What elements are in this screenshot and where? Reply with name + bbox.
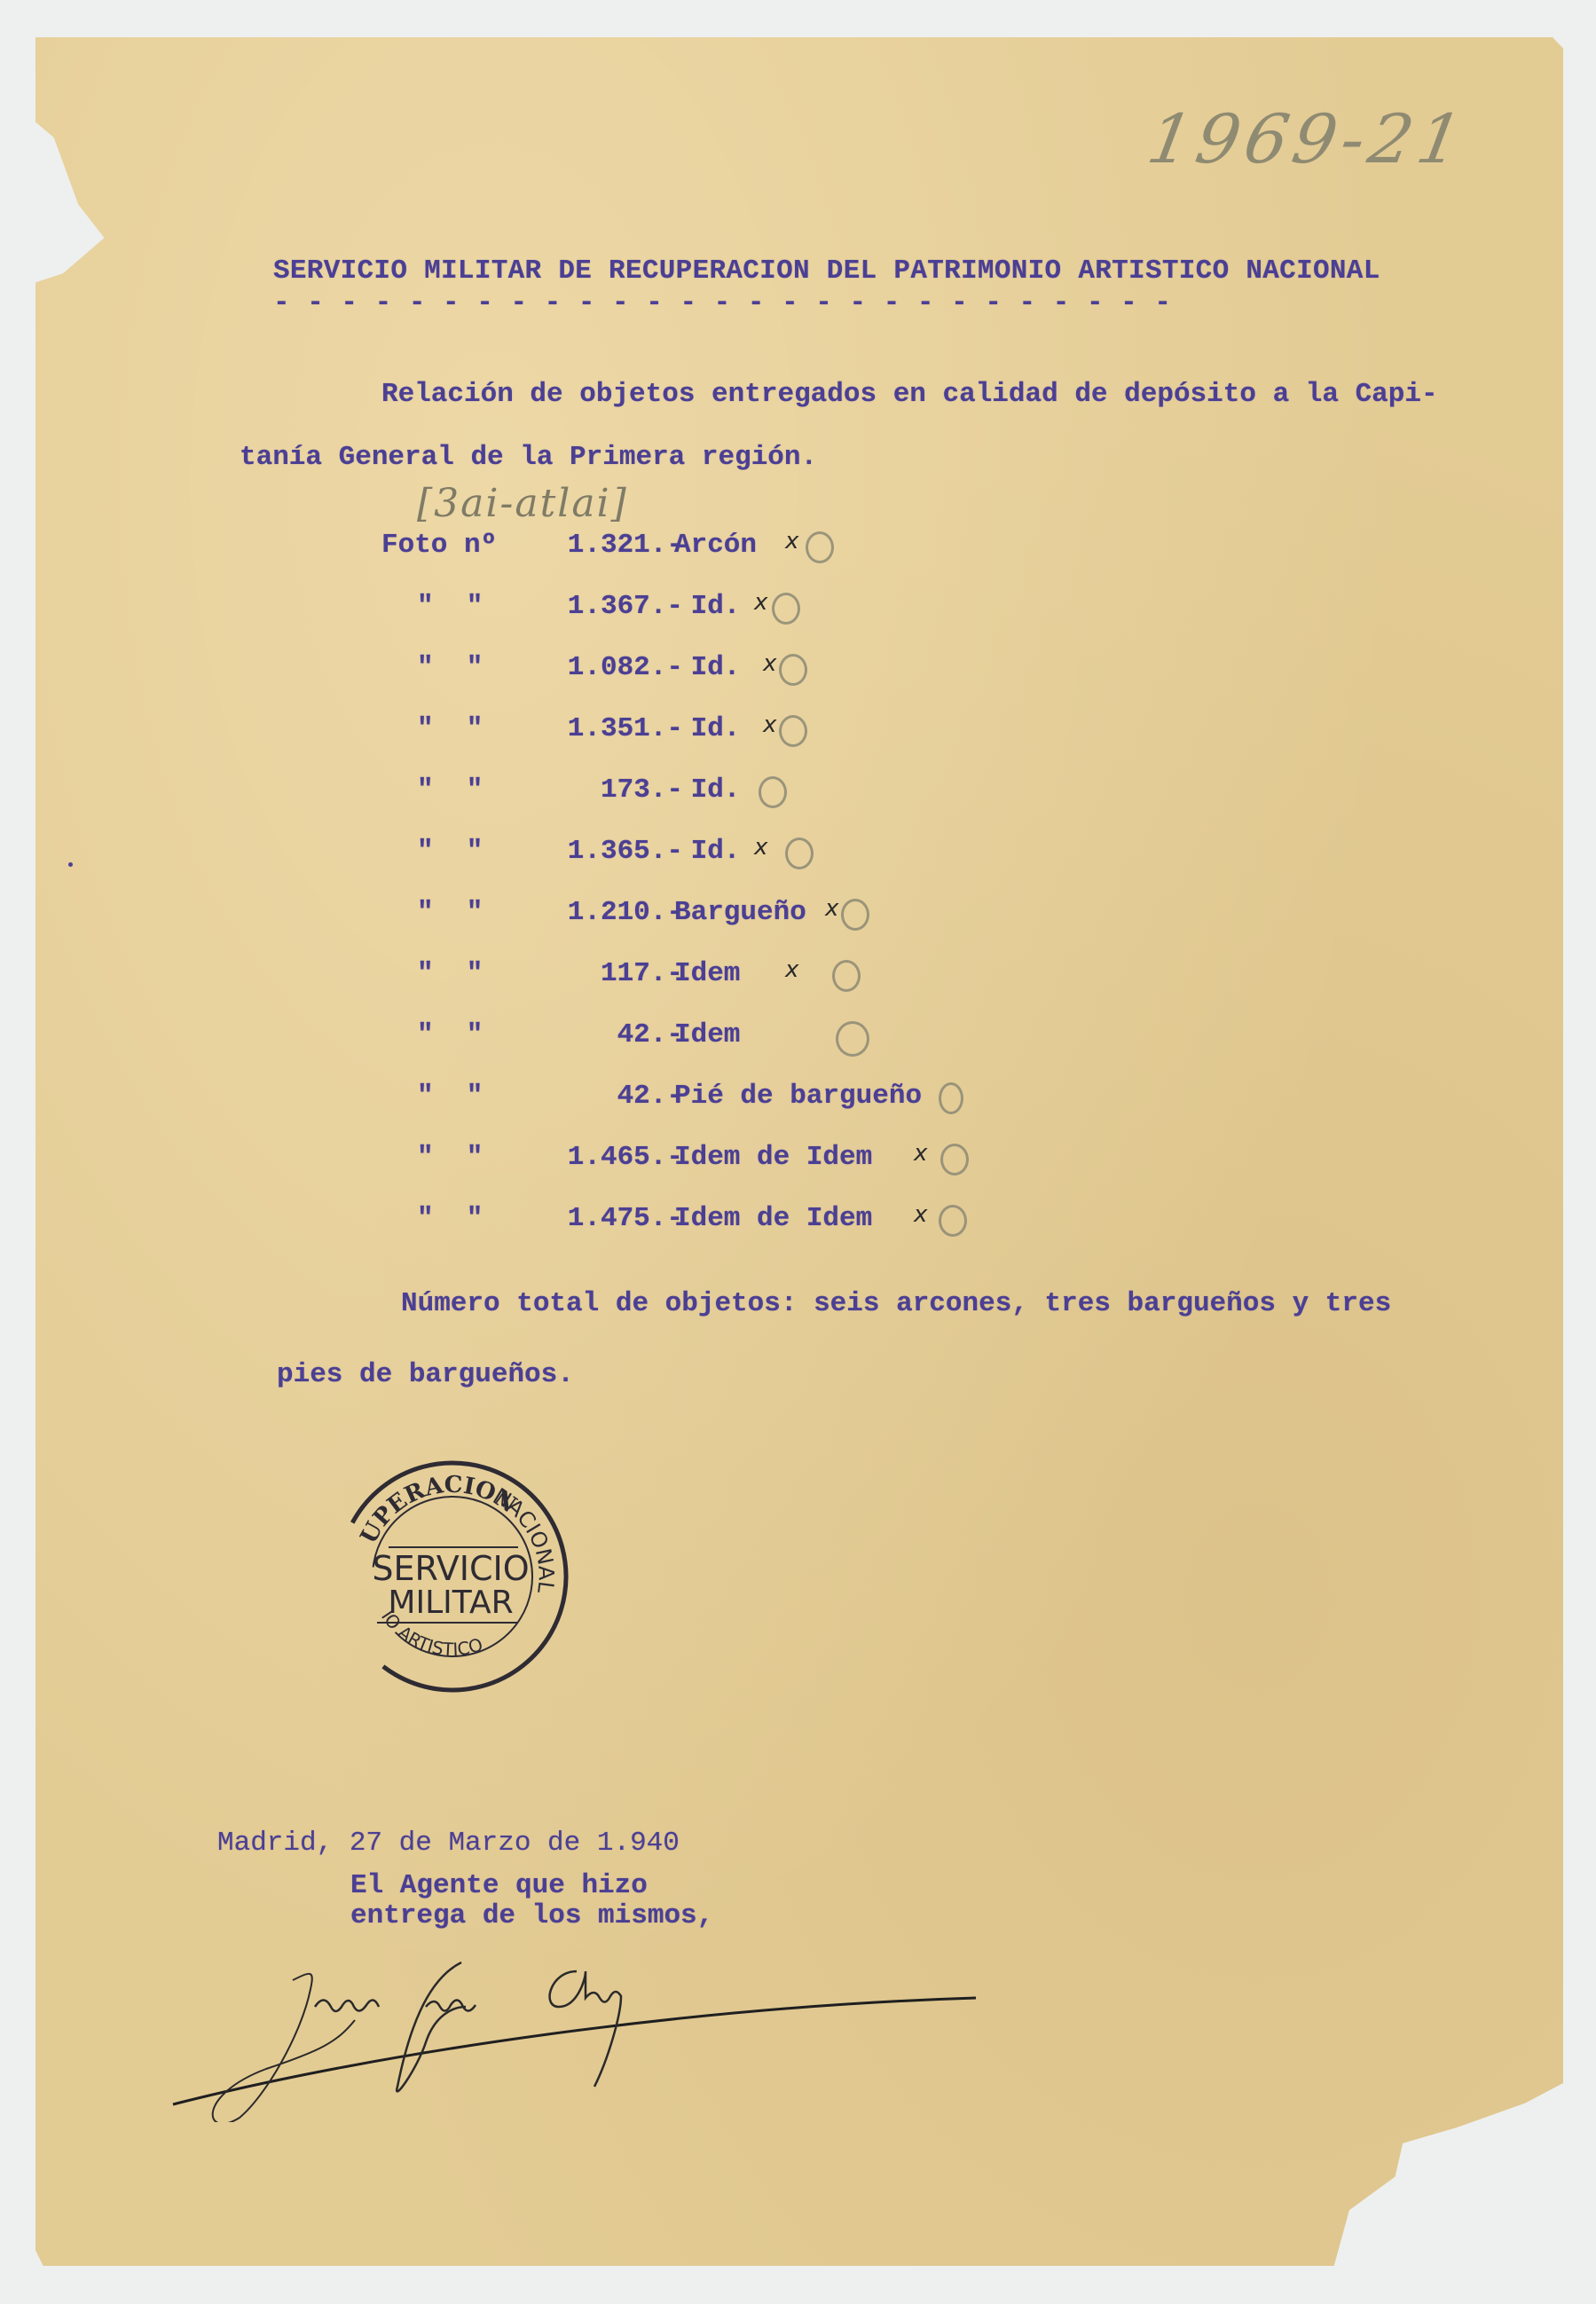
item-description: Idem de Idem — [674, 1203, 872, 1234]
check-mark-icon: x — [914, 1140, 927, 1167]
document-page: 1969-21 SERVICIO MILITAR DE RECUPERACION… — [35, 37, 1563, 2266]
item-photo-number: 1.321.- — [515, 530, 683, 561]
item-photo-number: 1.351.- — [515, 713, 683, 744]
item-description: Id. — [674, 591, 740, 622]
item-prefix: Foto nº — [381, 530, 497, 561]
ditto-mark: " " — [417, 775, 483, 806]
official-seal-stamp: UPERACION NACIONAL IO ARTISTICO SERVICIO… — [328, 1452, 572, 1696]
item-photo-number: 1.082.- — [515, 652, 683, 683]
item-photo-number: 117.- — [515, 958, 683, 989]
stamp-center-line-1: SERVICIO — [372, 1549, 529, 1588]
item-description: Id. — [674, 775, 740, 806]
ditto-mark: " " — [417, 1019, 483, 1050]
item-photo-number: 1.210.- — [515, 897, 683, 928]
agent-line-2: entrega de los mismos, — [350, 1900, 713, 1931]
document-header-title: SERVICIO MILITAR DE RECUPERACION DEL PAT… — [273, 256, 1380, 287]
check-mark-icon: x — [914, 1201, 927, 1228]
svg-text:UPERACION: UPERACION — [356, 1472, 522, 1548]
check-mark-icon: x — [754, 589, 767, 616]
ditto-mark: " " — [417, 1142, 483, 1173]
check-mark-icon: x — [825, 895, 838, 922]
archive-number: 1969-21 — [1142, 99, 1474, 178]
handwritten-annotation: [3ai-atlai] — [417, 481, 628, 526]
circle-mark-icon — [806, 531, 834, 563]
item-photo-number: 1.475.- — [515, 1203, 683, 1234]
item-photo-number: 42.- — [515, 1019, 683, 1050]
check-mark-icon: x — [785, 956, 798, 983]
agent-line-1: El Agente que hizo — [350, 1870, 648, 1901]
check-mark-icon: x — [763, 712, 776, 738]
item-description: Idem — [674, 958, 740, 989]
circle-mark-icon — [779, 715, 807, 747]
item-description: Idem de Idem — [674, 1142, 872, 1173]
ink-spot — [68, 862, 73, 867]
ditto-mark: " " — [417, 958, 483, 989]
intro-line-2: tanía General de la Primera región. — [240, 442, 817, 473]
total-line-1: Número total de objetos: seis arcones, t… — [401, 1288, 1391, 1319]
circle-mark-icon — [841, 899, 869, 931]
item-photo-number: 1.365.- — [515, 836, 683, 867]
item-photo-number: 1.367.- — [515, 591, 683, 622]
ditto-mark: " " — [417, 652, 483, 683]
handwritten-signature — [160, 1945, 1002, 2122]
circle-mark-icon — [832, 960, 861, 992]
item-description: Bargueño — [674, 897, 806, 928]
stamp-top-text: UPERACION — [356, 1472, 522, 1548]
ditto-mark: " " — [417, 1203, 483, 1234]
item-description: Pié de bargueño — [674, 1081, 922, 1112]
ditto-mark: " " — [417, 897, 483, 928]
intro-line-1: Relación de objetos entregados en calida… — [381, 379, 1438, 410]
ditto-mark: " " — [417, 591, 483, 622]
check-mark-icon: x — [763, 650, 776, 677]
stamp-center-line-2: MILITAR — [388, 1584, 513, 1621]
item-description: Id. — [674, 652, 740, 683]
check-mark-icon: x — [754, 834, 767, 861]
ditto-mark: " " — [417, 1081, 483, 1112]
circle-mark-icon — [759, 776, 787, 808]
circle-mark-icon — [772, 593, 800, 625]
ditto-mark: " " — [417, 713, 483, 744]
circle-mark-icon — [939, 1205, 967, 1237]
ditto-mark: " " — [417, 836, 483, 867]
item-photo-number: 173.- — [515, 775, 683, 806]
check-mark-icon: x — [785, 528, 798, 554]
item-description: Id. — [674, 836, 740, 867]
circle-mark-icon — [785, 837, 814, 869]
item-description: Arcón — [674, 530, 757, 561]
circle-mark-icon — [836, 1021, 869, 1057]
total-line-2: pies de bargueños. — [277, 1359, 574, 1390]
item-photo-number: 42.- — [515, 1081, 683, 1112]
circle-mark-icon — [940, 1144, 969, 1176]
place-and-date: Madrid, 27 de Marzo de 1.940 — [217, 1828, 680, 1859]
item-description: Id. — [674, 713, 740, 744]
header-underline: - - - - - - - - - - - - - - - - - - - - … — [273, 287, 1171, 318]
circle-mark-icon — [779, 654, 807, 686]
circle-mark-icon — [939, 1082, 963, 1114]
item-description: Idem — [674, 1019, 740, 1050]
item-photo-number: 1.465.- — [515, 1142, 683, 1173]
